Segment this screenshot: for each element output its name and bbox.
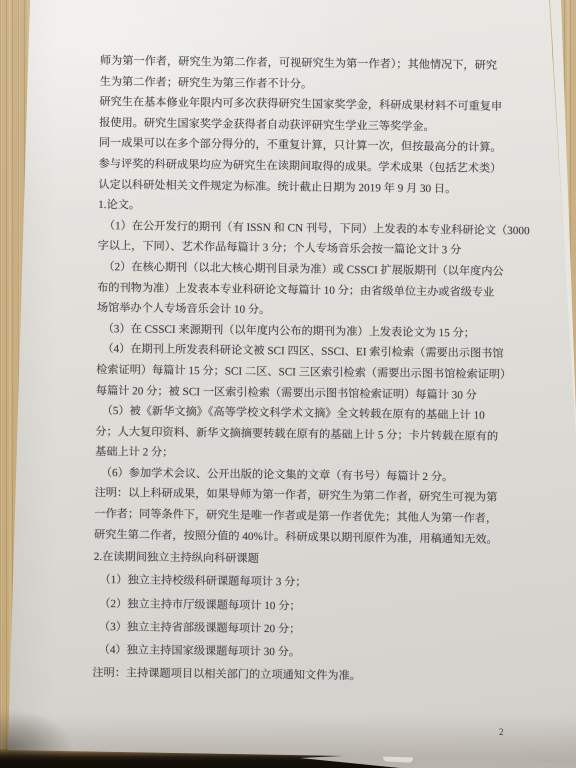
section-1-research-papers: 师为第一作者，研究生为第二作者，可视研究生为第一作者）；其他情况下，研究生为第二…: [94, 51, 512, 550]
section-2-research-projects: 2.在读期间独立主持纵向科研课题（1）独立主持校级科研课题每项计 3 分；（2）…: [92, 546, 506, 690]
photo-of-document: 师为第一作者，研究生为第二作者，可视研究生为第一作者）；其他情况下，研究生为第二…: [0, 0, 576, 768]
page-number: 2: [499, 727, 504, 737]
document-text: 师为第一作者，研究生为第二作者，可视研究生为第一作者）；其他情况下，研究生为第二…: [92, 51, 512, 690]
